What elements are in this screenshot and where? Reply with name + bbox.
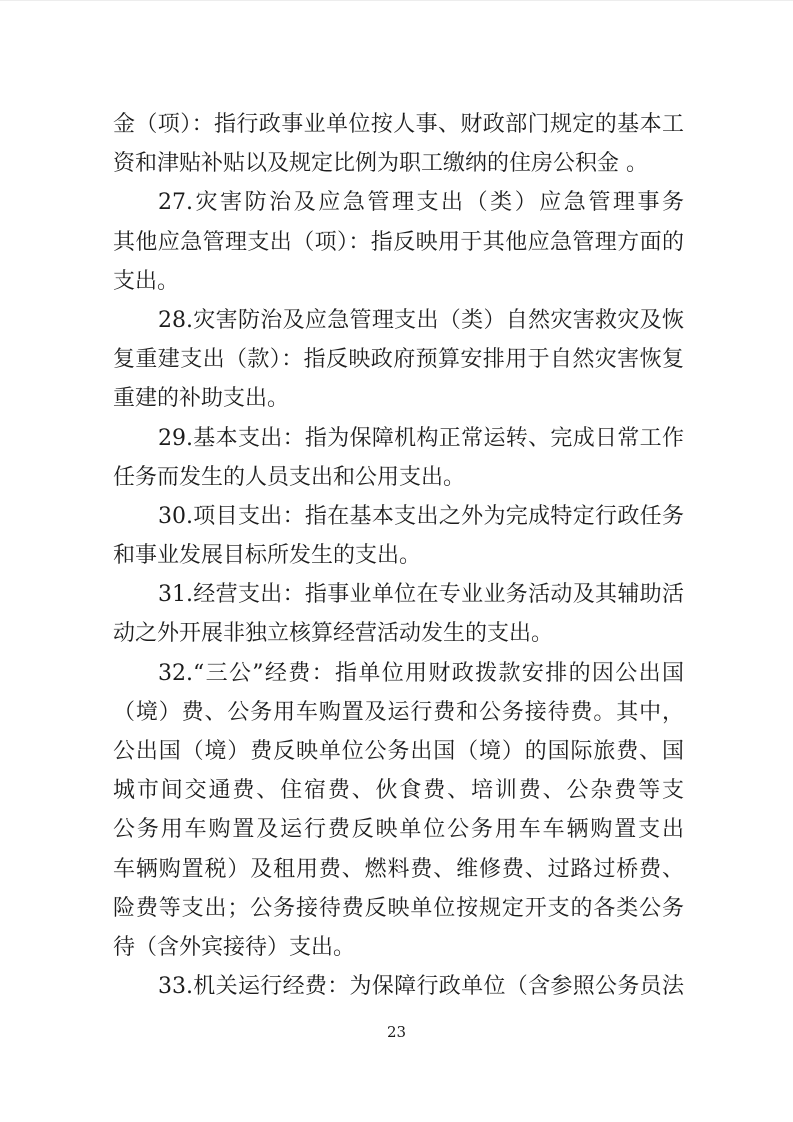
text-line: 公出国（境）费反映单位公务出国（境）的国际旅费、国外 (113, 732, 684, 771)
text-line: 32.“三公”经费：指单位用财政拨款安排的因公出国 (113, 654, 684, 693)
text-line: 重建的补助支出。 (113, 379, 684, 418)
text-line: 30.项目支出：指在基本支出之外为完成特定行政任务 (113, 497, 684, 536)
document-page: 金（项）：指行政事业单位按人事、财政部门规定的基本工 资和津贴补贴以及规定比例为… (0, 0, 793, 1122)
text-line: 支出。 (113, 262, 684, 301)
text-line: 28.灾害防治及应急管理支出（类）自然灾害救灾及恢 (113, 301, 684, 340)
text-line: 城市间交通费、住宿费、伙食费、培训费、公杂费等支出； (113, 771, 684, 810)
text-line: 动之外开展非独立核算经营活动发生的支出。 (113, 614, 684, 653)
text-line: 资和津贴补贴以及规定比例为职工缴纳的住房公积金 。 (113, 144, 684, 183)
text-line: 公务用车购置及运行费反映单位公务用车车辆购置支出（含 (113, 810, 684, 849)
text-line: 其他应急管理支出（项）：指反映用于其他应急管理方面的 (113, 223, 684, 262)
text-line: 待（含外宾接待）支出。 (113, 928, 684, 967)
text-line: 33.机关运行经费：为保障行政单位（含参照公务员法 (113, 967, 684, 1006)
text-line: 车辆购置税）及租用费、燃料费、维修费、过路过桥费、保 (113, 850, 684, 889)
text-line: 任务而发生的人员支出和公用支出。 (113, 458, 684, 497)
text-line: （境）费、公务用车购置及运行费和公务接待费。其中，因 (113, 693, 684, 732)
text-line: 31.经营支出：指事业单位在专业业务活动及其辅助活 (113, 575, 684, 614)
text-line: 险费等支出；公务接待费反映单位按规定开支的各类公务接 (113, 889, 684, 928)
text-line: 和事业发展目标所发生的支出。 (113, 536, 684, 575)
page-number: 23 (0, 1023, 793, 1041)
text-line: 金（项）：指行政事业单位按人事、财政部门规定的基本工 (113, 105, 684, 144)
text-line: 27.灾害防治及应急管理支出（类）应急管理事务（款） (113, 183, 684, 222)
text-line: 复重建支出（款）：指反映政府预算安排用于自然灾害恢复 (113, 340, 684, 379)
body-text: 金（项）：指行政事业单位按人事、财政部门规定的基本工 资和津贴补贴以及规定比例为… (113, 105, 684, 1006)
text-line: 29.基本支出：指为保障机构正常运转、完成日常工作 (113, 419, 684, 458)
